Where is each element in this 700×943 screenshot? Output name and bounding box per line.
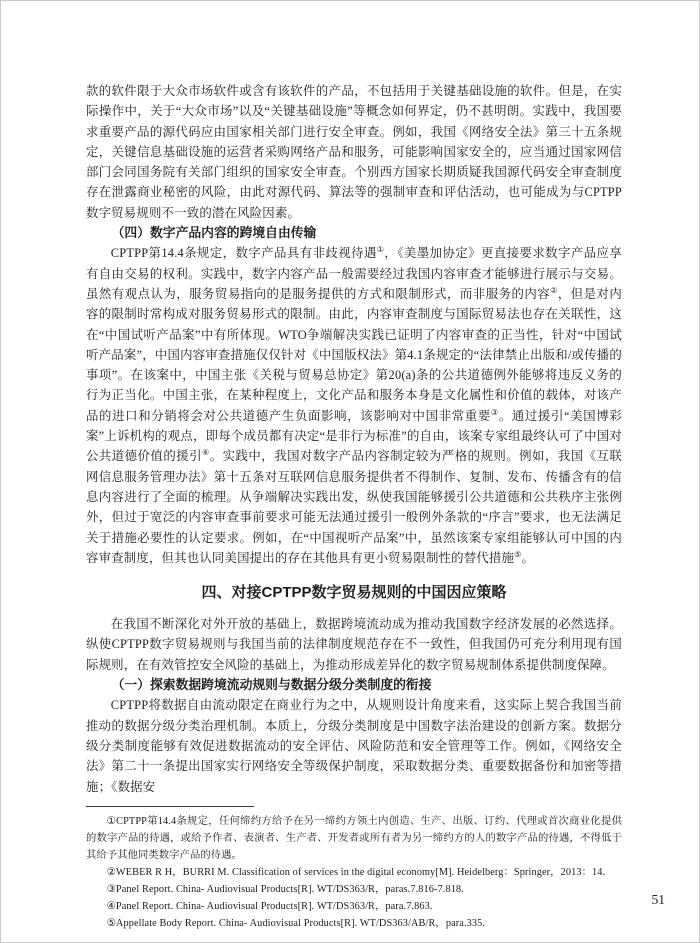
document-page: 款的软件限于大众市场软件或含有该软件的产品，不包括用于关键基础设施的软件。但是，… — [0, 0, 700, 943]
footnote-separator — [86, 806, 254, 807]
footnote-2: ②WEBER R H，BURRI M. Classification of se… — [86, 864, 622, 881]
page-content: 款的软件限于大众市场软件或含有该软件的产品，不包括用于关键基础设施的软件。但是，… — [86, 81, 622, 932]
footnote-1: ①CPTPP第14.4条规定，任何缔约方给予在另一缔约方领土内创造、生产、出版、… — [86, 813, 622, 864]
footnote-5: ⑤Appellate Body Report. China- Audiovisu… — [86, 915, 622, 932]
heading-data-flow-classification: （一）探索数据跨境流动规则与数据分级分类制度的衔接 — [86, 675, 622, 695]
footnote-3: ③Panel Report. China- Audiovisual Produc… — [86, 881, 622, 898]
footnote-4: ④Panel Report. China- Audiovisual Produc… — [86, 898, 622, 915]
paragraph-continuation: 款的软件限于大众市场软件或含有该软件的产品，不包括用于关键基础设施的软件。但是，… — [86, 81, 622, 223]
section-heading-cptpp-strategy: 四、对接CPTPP数字贸易规则的中国因应策略 — [86, 581, 622, 605]
footnotes-block: ①CPTPP第14.4条规定，任何缔约方给予在另一缔约方领土内创造、生产、出版、… — [86, 813, 622, 932]
page-number: 51 — [652, 892, 666, 908]
paragraph-data-flow-classification: CPTPP将数据自由流动限定在商业行为之中，从规则设计角度来看，这实际上契合我国… — [86, 695, 622, 796]
heading-digital-product-content: （四）数字产品内容的跨境自由传输 — [86, 223, 622, 243]
paragraph-section-intro: 在我国不断深化对外开放的基础上，数据跨境流动成为推动我国数字经济发展的必然选择。… — [86, 614, 622, 675]
paragraph-digital-product-content: CPTPP第14.4条规定，数字产品具有非歧视待遇①，《美墨加协定》更直接要求数… — [86, 243, 622, 568]
